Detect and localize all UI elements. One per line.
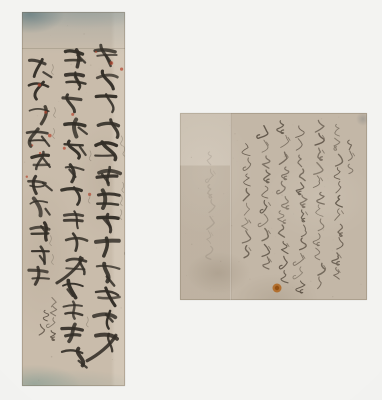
left-calligraphy-strip bbox=[22, 12, 125, 386]
left-strip-calligraphy-drawing bbox=[22, 12, 125, 386]
right-calligraphy-sheet bbox=[180, 113, 367, 300]
transcriptions: 南陌則有開路之長行人征馬踏躍 捲翠簾兮下東頭而有林塘之妙處 鶯白鷺遊蓮拂朱檻之芳… bbox=[0, 0, 1, 1]
photo-of-calligraphy-artworks: 南陌則有開路之長行人征馬踏躍 捲翠簾兮下東頭而有林塘之妙處 鶯白鷺遊蓮拂朱檻之芳… bbox=[0, 0, 382, 400]
right-sheet-calligraphy-drawing bbox=[180, 113, 367, 300]
